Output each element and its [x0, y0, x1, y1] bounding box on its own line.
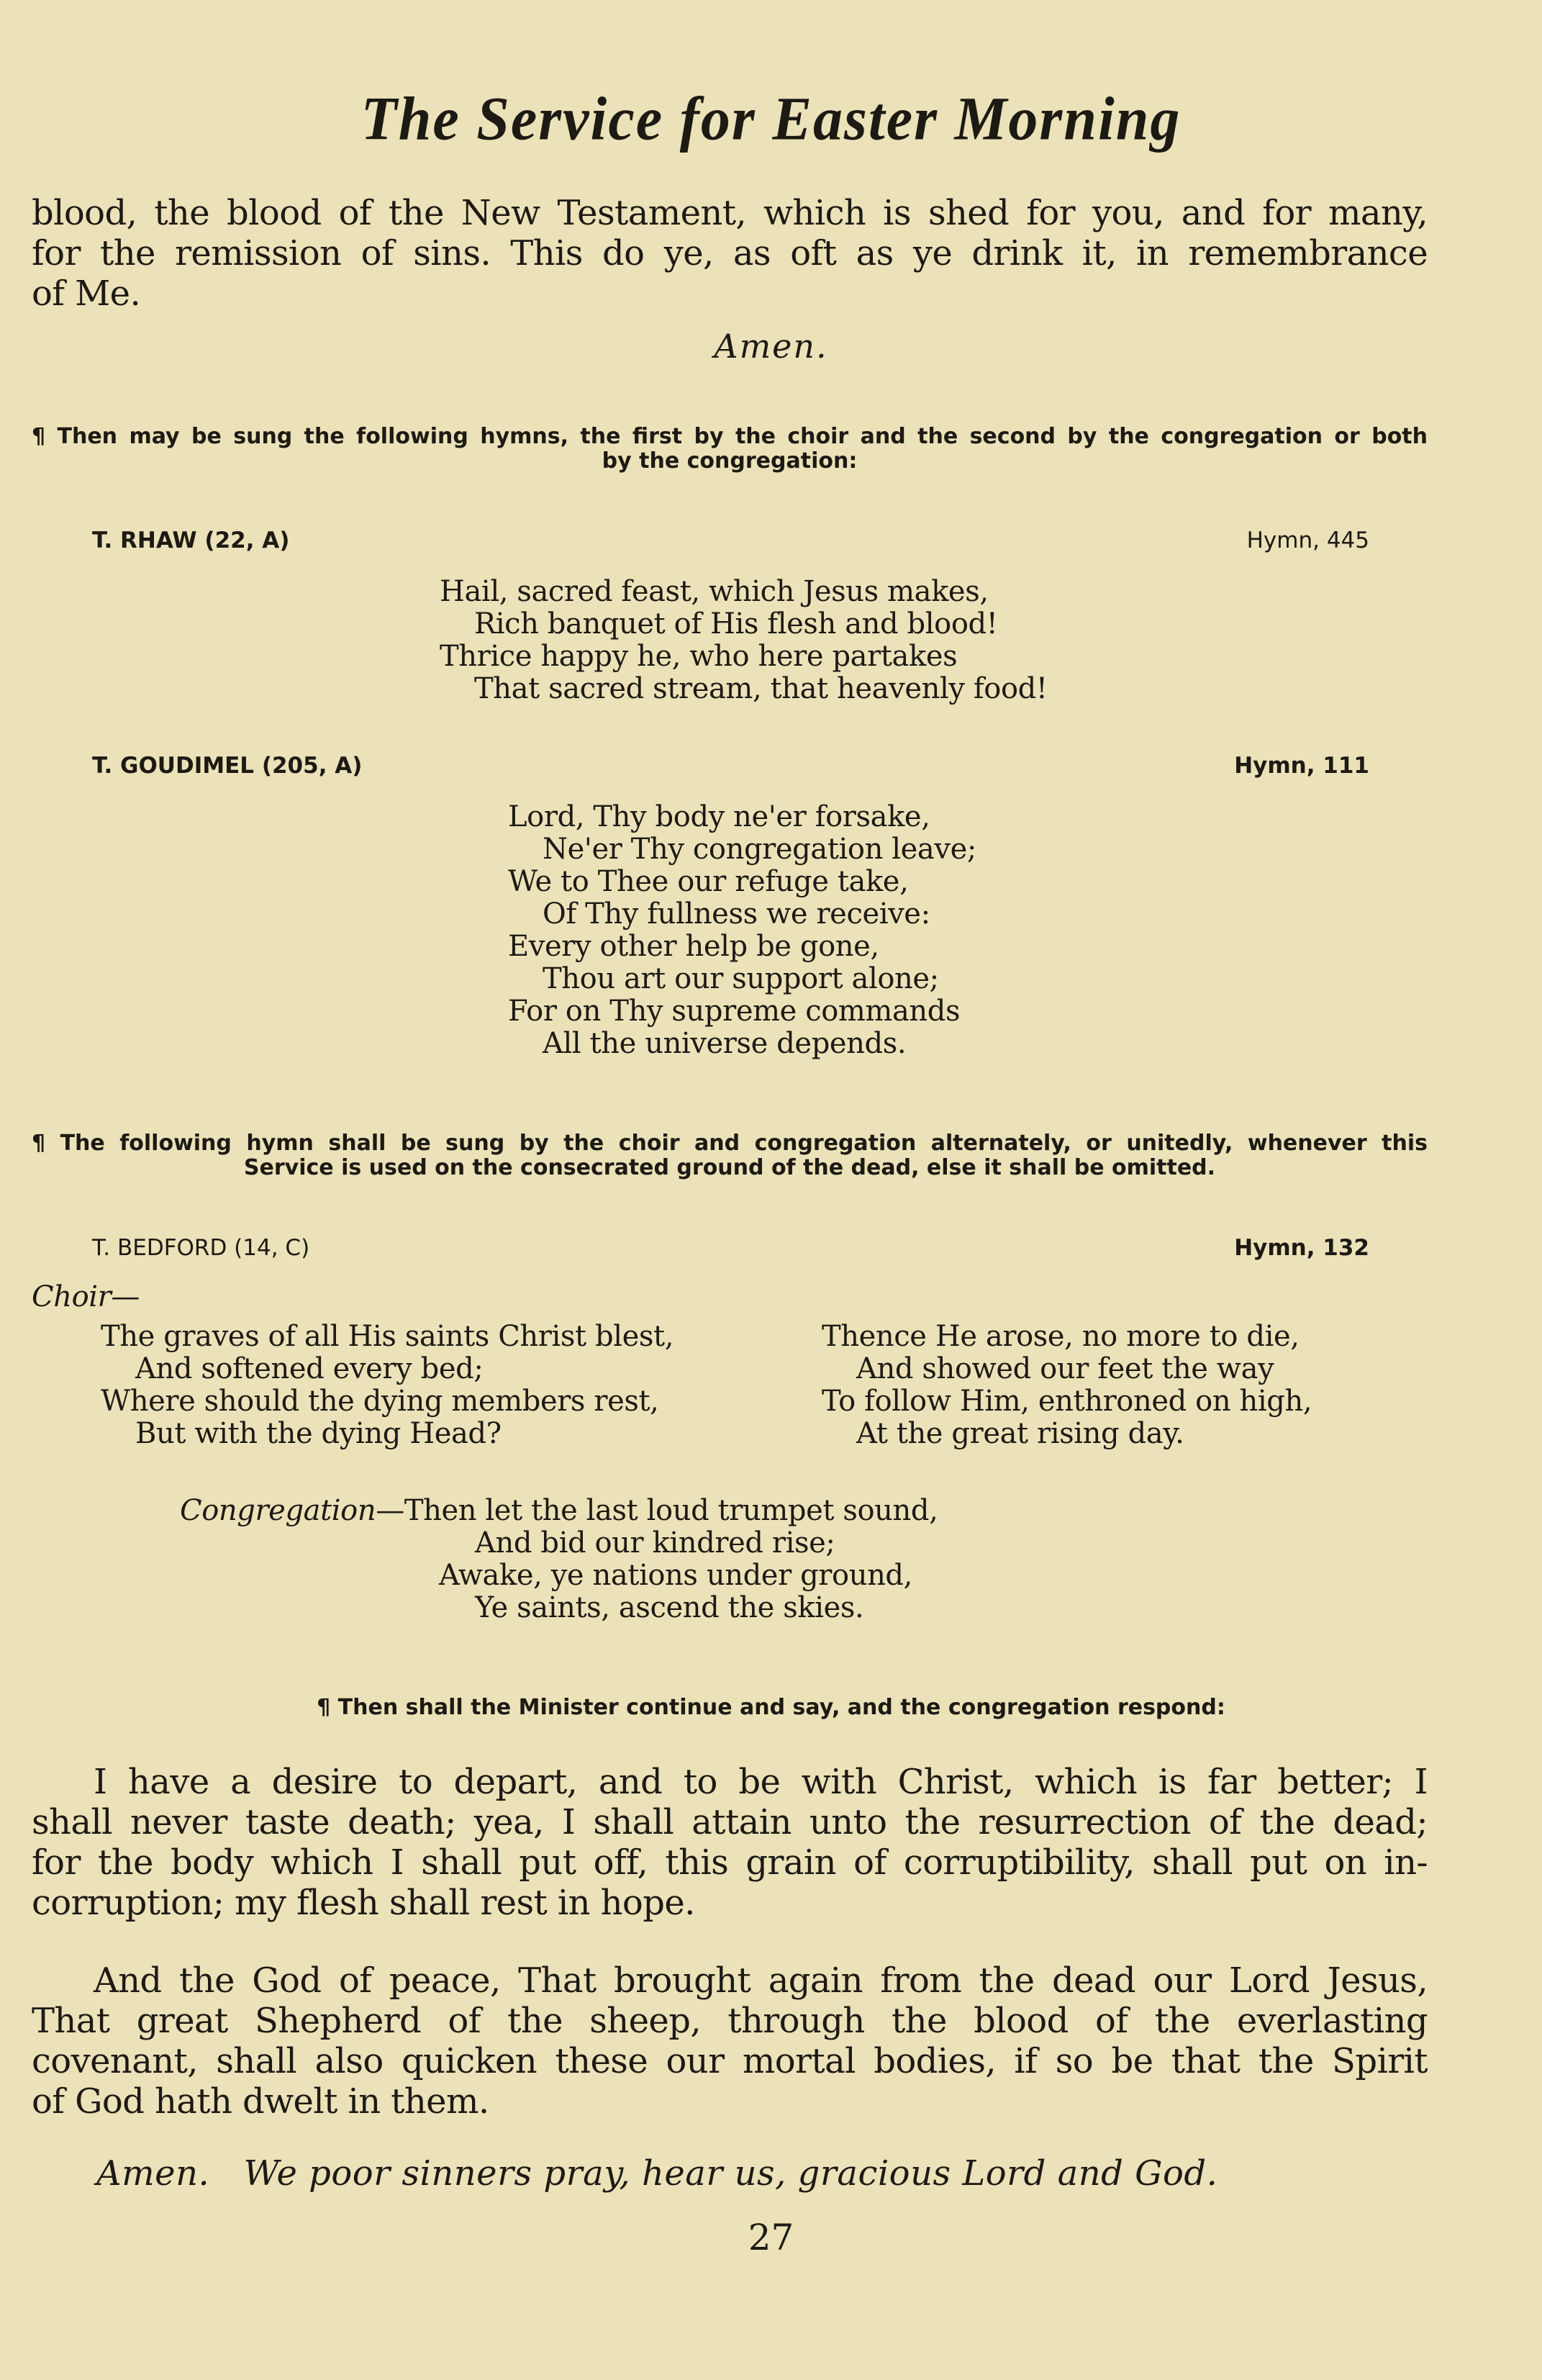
- text-line: of Me.: [32, 273, 1428, 314]
- text-line: corruption; my flesh shall rest in hope.: [32, 1883, 1428, 1923]
- hymn-verse: Hail, sacred feast, which Jesus makes, R…: [440, 576, 1048, 705]
- rubric-note: ¶ Then may be sung the following hymns, …: [32, 425, 1428, 474]
- pilcrow-icon: ¶: [32, 424, 45, 449]
- rubric-line: The following hymn shall be sung by the …: [60, 1131, 1428, 1156]
- verse-line: To follow Him, enthroned on high,: [822, 1385, 1312, 1418]
- verse-line: The graves of all His saints Christ bles…: [101, 1321, 674, 1353]
- opening-paragraph: blood, the blood of the New Testament, w…: [32, 193, 1428, 314]
- text-line: covenant, shall also quicken these our m…: [32, 2041, 1428, 2081]
- text-line: for the body which I shall put off, this…: [32, 1842, 1428, 1883]
- response-paragraph: I have a desire to depart, and to be wit…: [32, 1762, 1428, 1923]
- rubric-line: by the congregation:: [32, 449, 1428, 474]
- verse-line: Ye saints, ascend the skies.: [180, 1592, 938, 1624]
- text-line: of God hath dwelt in them.: [32, 2081, 1428, 2122]
- rubric-line: Then shall the Minister continue and say…: [338, 1695, 1225, 1720]
- rubric-note: ¶ Then shall the Minister continue and s…: [0, 1696, 1542, 1720]
- rubric-line: Then may be sung the following hymns, th…: [58, 424, 1428, 449]
- choir-label: Choir—: [32, 1281, 140, 1313]
- choir-verse-right: Thence He arose, no more to die, And sho…: [822, 1321, 1312, 1450]
- verse-line: That sacred stream, that heavenly food!: [440, 673, 1048, 705]
- text-line: shall never taste death; yea, I shall at…: [32, 1802, 1428, 1842]
- text-line: That great Shepherd of the sheep, throug…: [32, 2001, 1428, 2041]
- hymn-number: Hymn, 445: [1247, 528, 1369, 553]
- verse-line: Thence He arose, no more to die,: [822, 1321, 1312, 1353]
- verse-line: Of Thy fullness we receive:: [508, 898, 976, 931]
- verse-line: And softened every bed;: [101, 1353, 674, 1385]
- hymn-number: Hymn, 111: [1234, 753, 1369, 779]
- tune-name: T. BEDFORD (14, C): [92, 1235, 309, 1261]
- page-title: The Service for Easter Morning: [0, 83, 1542, 155]
- hymn-verse: Lord, Thy body ne'er forsake, Ne'er Thy …: [508, 801, 976, 1060]
- verse-line: Awake, ye nations under ground,: [180, 1560, 938, 1592]
- congregation-label: Congregation: [180, 1494, 376, 1527]
- tune-name: T. GOUDIMEL (205, A): [92, 753, 362, 779]
- text-line: And the God of peace, That brought again…: [32, 1960, 1428, 2001]
- text-line: blood, the blood of the New Testament, w…: [32, 193, 1428, 233]
- verse-line: And showed our feet the way: [822, 1353, 1312, 1385]
- verse-line: All the universe depends.: [508, 1028, 976, 1060]
- choir-verse-left: The graves of all His saints Christ bles…: [101, 1321, 674, 1450]
- pilcrow-icon: ¶: [32, 1131, 45, 1156]
- text-line: for the remission of sins. This do ye, a…: [32, 233, 1428, 273]
- verse-line: Thou art our support alone;: [508, 963, 976, 995]
- response-paragraph: And the God of peace, That brought again…: [32, 1960, 1428, 2122]
- rubric-note: ¶ The following hymn shall be sung by th…: [32, 1131, 1428, 1180]
- verse-line: Lord, Thy body ne'er forsake,: [508, 801, 976, 833]
- verse-line: At the great rising day.: [822, 1418, 1312, 1450]
- verse-line: Thrice happy he, who here partakes: [440, 641, 1048, 673]
- tune-name: T. RHAW (22, A): [92, 528, 289, 553]
- verse-line: Ne'er Thy congregation leave;: [508, 833, 976, 866]
- hymn-number: Hymn, 132: [1234, 1235, 1369, 1261]
- page-number: 27: [0, 2217, 1542, 2258]
- verse-line: Rich banquet of His flesh and blood!: [440, 608, 1048, 641]
- pilcrow-icon: ¶: [317, 1695, 330, 1720]
- verse-line: —Then let the last loud trumpet sound,: [376, 1494, 938, 1527]
- verse-line: Where should the dying members rest,: [101, 1385, 674, 1418]
- congregation-verse: Congregation—Then let the last loud trum…: [180, 1495, 938, 1624]
- verse-line: We to Thee our refuge take,: [508, 866, 976, 898]
- text-line: I have a desire to depart, and to be wit…: [32, 1762, 1428, 1802]
- verse-line: And bid our kindred rise;: [180, 1527, 938, 1560]
- verse-line: But with the dying Head?: [101, 1418, 674, 1450]
- verse-line: Every other help be gone,: [508, 931, 976, 963]
- verse-line: For on Thy supreme commands: [508, 995, 976, 1028]
- amen-text: Amen.: [0, 327, 1542, 366]
- rubric-line: Service is used on the consecrated groun…: [32, 1156, 1428, 1180]
- closing-prayer: Amen. We poor sinners pray, hear us, gra…: [96, 2153, 1217, 2194]
- verse-line: Hail, sacred feast, which Jesus makes,: [440, 576, 1048, 608]
